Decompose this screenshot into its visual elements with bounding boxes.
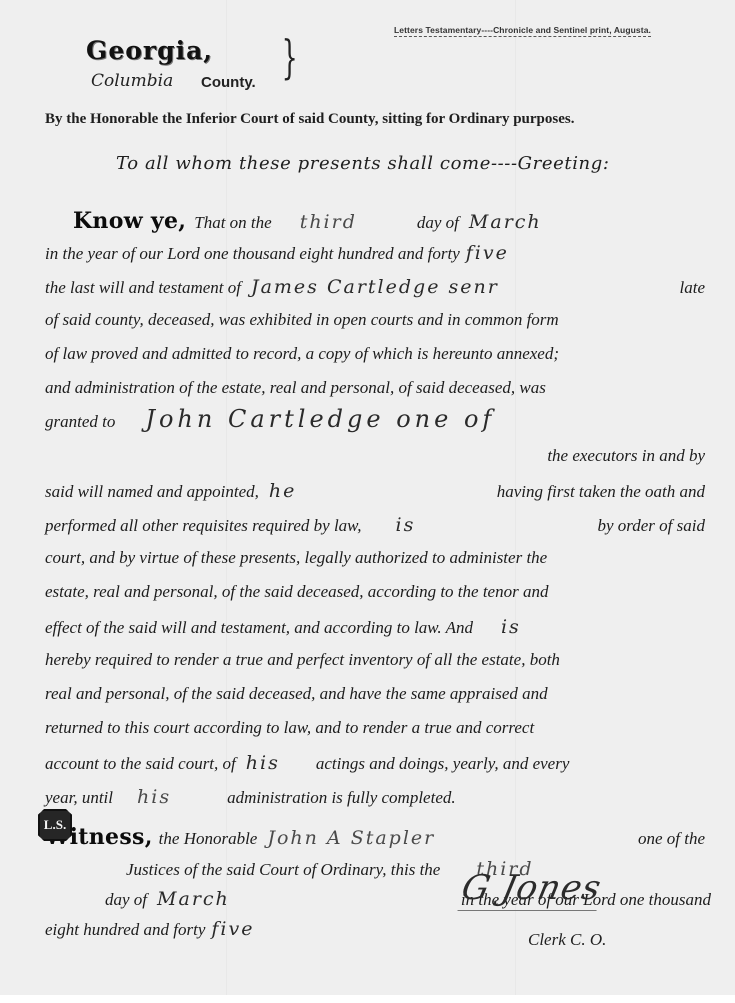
ls-seal: L.S. (38, 809, 72, 841)
body-line-2: in the year of our Lord one thousand eig… (45, 242, 705, 264)
text: the executors in and by (547, 446, 705, 466)
handwritten-pronoun: his (246, 752, 280, 774)
text: administration is fully completed. (227, 788, 456, 808)
text: in the year of our Lord one thousand eig… (45, 244, 460, 264)
handwritten-testator: James Cartledge senr (251, 276, 499, 298)
text: said will named and appointed, (45, 482, 259, 502)
text: day of (105, 890, 147, 910)
text: day of (417, 213, 459, 233)
handwritten-justice: John A Stapler (267, 827, 435, 849)
witness-line-1: Witness, the Honorable John A Stapler on… (45, 824, 705, 850)
body-line-5: of law proved and admitted to record, a … (45, 344, 705, 364)
handwritten-verb: is (396, 514, 416, 536)
handwritten-day: third (300, 211, 357, 233)
handwritten-year: five (466, 242, 509, 264)
witness-line-2: Justices of the said Court of Ordinary, … (126, 858, 711, 880)
clerk-signature: G Jones (457, 868, 605, 911)
text: late (680, 278, 706, 298)
know-ye-heading: Know ye, (73, 208, 186, 234)
clerk-title: Clerk C. O. (528, 930, 606, 950)
text: year, until (45, 788, 113, 808)
text: eight hundred and forty (45, 920, 205, 940)
handwritten-month: March (157, 888, 230, 910)
handwritten-pronoun: his (137, 786, 171, 808)
county-handwritten: Columbia (91, 71, 173, 91)
county-label: County. (201, 74, 256, 91)
state-heading: Georgia, (86, 36, 213, 65)
text: having first taken the oath and (497, 482, 705, 502)
brace-decoration: } (282, 34, 298, 80)
body-line-11: court, and by virtue of these presents, … (45, 548, 705, 568)
body-line-3: the last will and testament of James Car… (45, 276, 705, 298)
handwritten-executor: John Cartledge one of (145, 405, 495, 433)
body-line-13: effect of the said will and testament, a… (45, 616, 705, 638)
handwritten-month: March (469, 211, 542, 233)
text: the Honorable (159, 829, 258, 849)
body-line-17: account to the said court, of his acting… (45, 752, 705, 774)
body-line-18: year, until his administration is fully … (45, 786, 705, 808)
body-line-6: and administration of the estate, real a… (45, 378, 705, 398)
handwritten-year: five (211, 918, 254, 940)
document-page: Letters Testamentary----Chronicle and Se… (0, 0, 735, 995)
text: the last will and testament of (45, 278, 241, 298)
printer-imprint: Letters Testamentary----Chronicle and Se… (394, 25, 651, 37)
body-line-4: of said county, deceased, was exhibited … (45, 310, 705, 330)
court-line: By the Honorable the Inferior Court of s… (45, 111, 574, 128)
body-line-10: performed all other requisites required … (45, 514, 705, 536)
text: granted to (45, 412, 115, 432)
handwritten-pronoun: he (269, 480, 296, 502)
text: That on the (194, 213, 271, 233)
body-line-14: hereby required to render a true and per… (45, 650, 705, 670)
body-line-15: real and personal, of the said deceased,… (45, 684, 705, 704)
body-line-7: granted to John Cartledge one of (45, 405, 705, 433)
handwritten-verb: is (501, 616, 521, 638)
text: effect of the said will and testament, a… (45, 618, 473, 638)
body-line-12: estate, real and personal, of the said d… (45, 582, 705, 602)
text: performed all other requisites required … (45, 516, 362, 536)
text: account to the said court, of (45, 754, 236, 774)
witness-line-4: eight hundred and forty five (45, 918, 345, 940)
text: actings and doings, yearly, and every (316, 754, 570, 774)
text: Justices of the said Court of Ordinary, … (126, 860, 440, 880)
witness-line-3: day of March in the year of our Lord one… (105, 888, 711, 910)
body-line-1: Know ye, That on the third day of March (45, 208, 705, 234)
text: by order of said (597, 516, 705, 536)
body-line-9: said will named and appointed, he having… (45, 480, 705, 502)
body-line-8: the executors in and by (45, 446, 705, 466)
greeting-line: To all whom these presents shall come---… (116, 153, 610, 174)
text: one of the (638, 829, 705, 849)
body-line-16: returned to this court according to law,… (45, 718, 705, 738)
